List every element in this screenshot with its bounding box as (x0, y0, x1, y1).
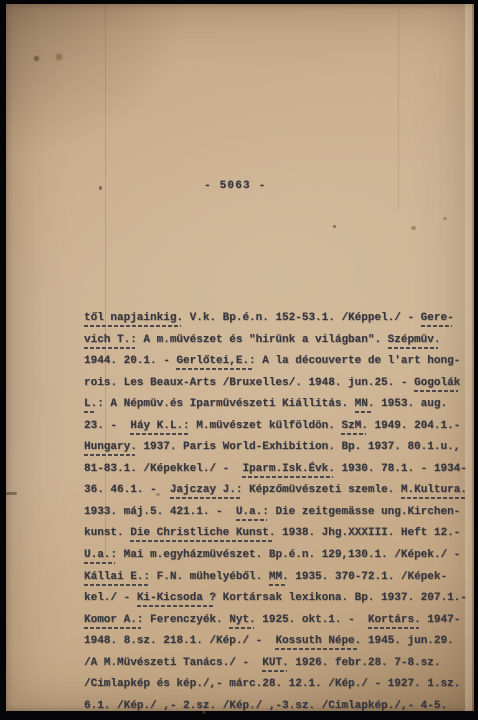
underlined-text-segment: Nyt. (229, 614, 255, 626)
text-segment: 1945. jun.29. (361, 635, 453, 647)
text-segment: /Cimlapkép és kép./,- márc.28. 12.1. /Ké… (84, 678, 460, 690)
paper-stain (6, 492, 17, 495)
text-segment: Kortársak lexikona. Bp. 1937. 207.1.- (216, 592, 467, 604)
text-segment: kel./ - (84, 592, 137, 604)
paper-sheet: - 5063 - től napjainkig. V.k. Bp.é.n. 15… (6, 4, 474, 711)
paper-stain (411, 226, 416, 230)
text-segment: Die zeitgemässe ung.Kirchen- (269, 506, 460, 518)
text-line: Komor A.: Ferenczyék. Nyt. 1925. okt.1. … (84, 610, 474, 632)
paper-stain (99, 186, 102, 190)
text-line: rois. Les Beaux-Arts /Bruxelles/. 1948. … (84, 373, 474, 395)
underlined-text-segment: Hungary. (84, 441, 137, 453)
underlined-text-segment: MM. (269, 571, 289, 583)
underlined-text-segment: Gogolák (414, 377, 460, 389)
paper-stain (34, 56, 39, 61)
text-line: Kállai E.: F.N. mühelyéből. MM. 1935. 37… (84, 567, 474, 589)
text-segment: V.k. Bp.é.n. 152-53.1. /Képpel./ - (183, 312, 421, 324)
underlined-text-segment: MN. (355, 398, 375, 410)
text-line: L.: A Népmüv.és Iparmüvészeti Kiállitás.… (84, 394, 474, 416)
text-segment: 1925. okt.1. - (256, 614, 368, 626)
paper-crease (398, 4, 399, 209)
underlined-text-segment: Die Christliche Kunst. (130, 527, 275, 539)
typewritten-text-block: től napjainkig. V.k. Bp.é.n. 152-53.1. /… (84, 308, 474, 717)
text-line: U.a.: Mai m.egyházmüvészet. Bp.é.n. 129,… (84, 545, 474, 567)
paper-stain (443, 217, 447, 220)
underlined-text-segment: Gerlőtei,E.: (176, 355, 255, 367)
text-line: kel./ - Ki-Kicsoda ? Kortársak lexikona.… (84, 588, 474, 610)
text-segment: 1944. 20.1. - (84, 355, 176, 367)
underlined-text-segment: Szépmüv. (388, 334, 441, 346)
underlined-text-segment: KUT. (262, 657, 288, 669)
text-line: 23. - Háy K.L.: M.müvészet külföldön. Sz… (84, 416, 474, 438)
text-segment: 1948. 8.sz. 218.1. /Kép./ - (84, 635, 275, 647)
underlined-text-segment: Kossuth Népe. (275, 635, 361, 647)
text-line: /A M.Müvészeti Tanács./ - KUT. 1926. feb… (84, 653, 474, 675)
text-segment: Mai m.egyházmüvészet. Bp.é.n. 129,130.1.… (117, 549, 460, 561)
underlined-text-segment: vich T.: (84, 334, 137, 346)
page-number: - 5063 - (204, 180, 266, 192)
text-line: től napjainkig. V.k. Bp.é.n. 152-53.1. /… (84, 308, 474, 330)
underlined-text-segment: SzM. (341, 420, 367, 432)
underlined-text-segment: Háy K.L.: (130, 420, 189, 432)
text-segment: 6.1. /Kép./ ,- 2.sz. /Kép./ ,-3.sz. /Cim… (84, 700, 447, 712)
text-line: 1933. máj.5. 421.1. - U.a.: Die zeitgemä… (84, 502, 474, 524)
text-segment: 1947- (421, 614, 461, 626)
text-segment: 1938. Jhg.XXXIII. Heft 12.- (275, 527, 460, 539)
text-line: kunst. Die Christliche Kunst. 1938. Jhg.… (84, 523, 474, 545)
text-segment: 1930. 78.1. - 1934- (335, 463, 467, 475)
underlined-text-segment: L. (84, 398, 97, 410)
text-segment: /A M.Müvészeti Tanács./ - (84, 657, 262, 669)
underlined-text-segment: től napjainkig. (84, 312, 183, 324)
underlined-text-segment: Ki-Kicsoda ? (137, 592, 216, 604)
text-segment: 36. 46.1. - (84, 484, 170, 496)
paper-stain (56, 54, 62, 60)
underlined-text-segment: U.a.: (236, 506, 269, 518)
underlined-text-segment: Kortárs. (368, 614, 421, 626)
text-segment: Képzőmüvészeti szemle. (242, 484, 400, 496)
text-segment: 23. - (84, 420, 130, 432)
text-line: vich T.: A m.müvészet és "hirünk a világ… (84, 330, 474, 352)
text-line: Hungary. 1937. Paris World-Exhibition. B… (84, 437, 474, 459)
text-line: 1944. 20.1. - Gerlőtei,E.: A la découver… (84, 351, 474, 373)
underlined-text-segment: Jajczay J.: (170, 484, 243, 496)
text-segment: 1937. Paris World-Exhibition. Bp. 1937. … (137, 441, 460, 453)
text-segment: 1935. 370-72.1. /Képek- (289, 571, 447, 583)
text-line: 36. 46.1. - Jajczay J.: Képzőmüvészeti s… (84, 480, 474, 502)
text-segment: 81-83.1. /Képekkel./ - (84, 463, 242, 475)
text-segment: 1933. máj.5. 421.1. - (84, 506, 236, 518)
text-segment: M.müvészet külföldön. (190, 420, 342, 432)
text-segment: Ferenczyék. (143, 614, 229, 626)
text-segment: A la découverte de l'art hong- (256, 355, 461, 367)
underlined-text-segment: U.a.: (84, 549, 117, 561)
underlined-text-segment: M.Kultura. (401, 484, 467, 496)
text-segment: 1926. febr.28. 7-8.sz. (289, 657, 441, 669)
text-line: /Cimlapkép és kép./,- márc.28. 12.1. /Ké… (84, 674, 474, 696)
text-segment: A m.müvészet és "hirünk a világban". (137, 334, 388, 346)
text-segment: kunst. (84, 527, 130, 539)
underlined-text-segment: Gere- (421, 312, 454, 324)
underlined-text-segment: Komor A.: (84, 614, 143, 626)
underlined-text-segment: Kállai E.: (84, 571, 150, 583)
underlined-text-segment: Iparm.Isk.Évk. (242, 463, 334, 475)
text-line: 6.1. /Kép./ ,- 2.sz. /Kép./ ,-3.sz. /Cim… (84, 696, 474, 718)
scanned-page: { "page_number": "- 5063 -", "colors": {… (0, 0, 478, 720)
text-segment: rois. Les Beaux-Arts /Bruxelles/. 1948. … (84, 377, 414, 389)
text-segment: 1953. aug. (374, 398, 447, 410)
text-segment: : A Népmüv.és Iparmüvészeti Kiállitás. (97, 398, 354, 410)
text-line: 81-83.1. /Képekkel./ - Iparm.Isk.Évk. 19… (84, 459, 474, 481)
text-segment: F.N. mühelyéből. (150, 571, 269, 583)
text-line: 1948. 8.sz. 218.1. /Kép./ - Kossuth Népe… (84, 631, 474, 653)
text-segment: 1949. 204.1.- (368, 420, 460, 432)
paper-stain (333, 225, 336, 228)
